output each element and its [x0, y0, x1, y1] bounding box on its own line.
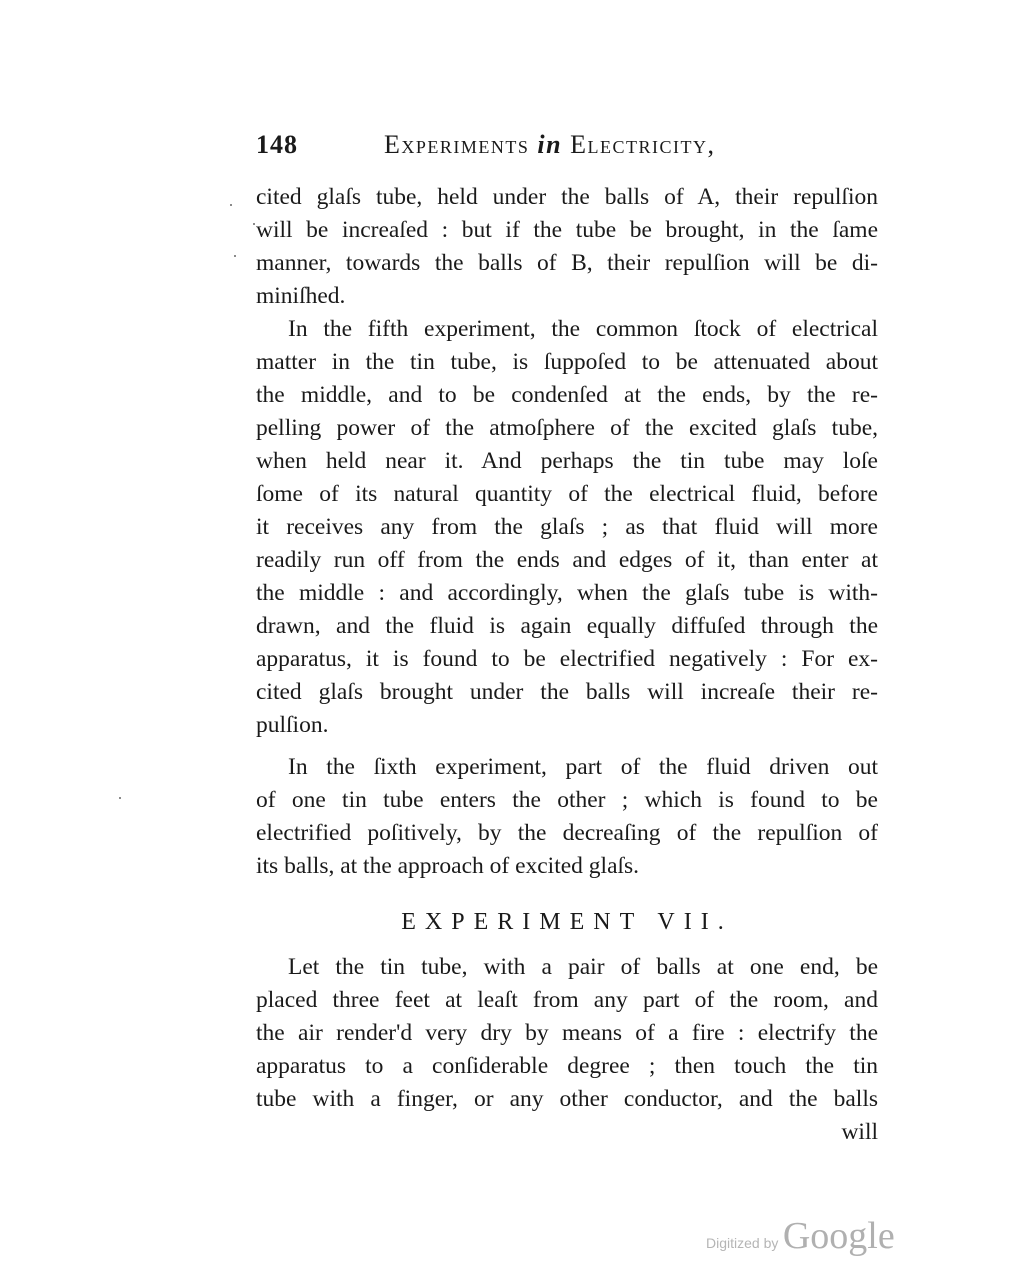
text-line: it receives any from the glaſs ; as that…	[256, 511, 878, 543]
paragraph-start-line: Let the tin tube, with a pair of balls a…	[288, 951, 878, 983]
text-line: cited glaſs tube, held under the balls o…	[256, 181, 878, 213]
text-line: drawn, and the fluid is again equally di…	[256, 610, 878, 642]
text-line: electrified poſitively, by the decreaſin…	[256, 817, 878, 849]
paragraph-start-line: In the ſixth experiment, part of the flu…	[288, 751, 878, 783]
text-line: manner, towards the balls of B, their re…	[256, 247, 878, 279]
running-head: 148 Experiments in Electricity,	[256, 130, 886, 170]
text-line: when held near it. And perhaps the tin t…	[256, 445, 878, 477]
page-number: 148	[256, 130, 298, 160]
watermark-prefix: Digitized by	[706, 1235, 778, 1251]
scan-speck	[234, 255, 236, 257]
text-line: tube with a finger, or any other conduct…	[256, 1083, 878, 1115]
section-heading: EXPERIMENT VII.	[256, 906, 878, 938]
text-line: the middle, and to be condenſed at the e…	[256, 379, 878, 411]
text-line: of one tin tube enters the other ; which…	[256, 784, 878, 816]
catchword: will	[256, 1116, 878, 1148]
text-line: the middle : and accordingly, when the g…	[256, 577, 878, 609]
scan-speck	[230, 204, 232, 206]
text-line: apparatus, it is found to be electrified…	[256, 643, 878, 675]
text-line: apparatus to a conſiderable degree ; the…	[256, 1050, 878, 1082]
book-page: 148 Experiments in Electricity, cited gl…	[0, 0, 1014, 1282]
scan-speck	[253, 223, 255, 225]
text-line: cited glaſs brought under the balls will…	[256, 676, 878, 708]
running-title: Experiments in Electricity,	[384, 130, 715, 160]
text-line: placed three feet at leaſt from any part…	[256, 984, 878, 1016]
text-line: ſome of its natural quantity of the elec…	[256, 478, 878, 510]
google-logo-text: Google	[783, 1215, 895, 1257]
text-line: matter in the tin tube, is ſuppoſed to b…	[256, 346, 878, 378]
text-line: readily run off from the ends and edges …	[256, 544, 878, 576]
text-line: will be increaſed : but if the tube be b…	[256, 214, 878, 246]
text-line: the air render'd very dry by means of a …	[256, 1017, 878, 1049]
text-line: its balls, at the approach of excited gl…	[256, 850, 878, 882]
scan-speck	[119, 797, 121, 799]
paragraph-start-line: In the fifth experiment, the common ſtoc…	[288, 313, 878, 345]
digitized-by-google-watermark: Digitized by Google	[706, 1214, 895, 1258]
text-line: pelling power of the atmoſphere of the e…	[256, 412, 878, 444]
text-line: miniſhed.	[256, 280, 878, 312]
text-line: pulſion.	[256, 709, 878, 741]
